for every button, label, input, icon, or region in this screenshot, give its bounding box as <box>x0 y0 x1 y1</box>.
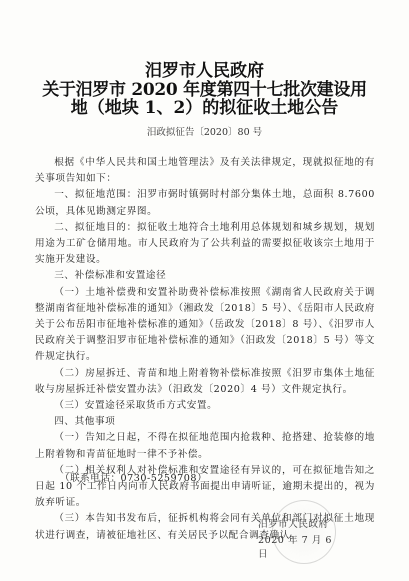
title-line-1: 汨罗市人民政府 <box>0 62 409 81</box>
notice-page: 汨罗市人民政府 关于汨罗市 2020 年度第四十七批次建设用 地（地块 1、2）… <box>0 0 409 581</box>
section-4-heading: 四、其他事项 <box>35 414 375 430</box>
section-2-purpose: 二、拟征地目的：拟征收土地符合土地利用总体规划和城乡规划，规划用途为工矿仓储用地… <box>35 220 375 269</box>
signature-date: 2020 年 7 月 6 日 <box>258 534 338 562</box>
intro-paragraph: 根据《中华人民共和国土地管理法》及有关法律规定，现就拟征地的有关事项告知如下： <box>35 155 375 187</box>
section-4-item-1: （一）告知之日起，不得在拟征地范围内抢栽种、抢搭建、抢装修的地上附着物和青苗征地… <box>35 430 375 462</box>
section-3-heading: 三、补偿标准和安置途径 <box>35 268 375 284</box>
section-4-item-2: （二）相关权利人对补偿标准和安置途径有异议的，可在拟征地告知之日起 10 个工作… <box>35 463 375 512</box>
document-number: 汨政拟征告〔2020〕80 号 <box>0 127 409 139</box>
section-1-scope: 一、拟征地范围：汨罗市弼时镇弼时村部分集体土地，总面积 8.7600 公顷，具体… <box>35 187 375 219</box>
section-3-item-2: （二）房屋拆迁、青苗和地上附着物补偿标准按照《汨罗市集体土地征收与房屋拆迁补偿安… <box>35 366 375 398</box>
section-3-item-3: （三）安置途径采取货币方式安置。 <box>35 398 375 414</box>
signature-issuer: 汨罗市人民政府 <box>258 518 338 532</box>
contact-phone: （联系电话：0730-5259708） <box>60 472 207 486</box>
title-line-3: 地（地块 1、2）的拟征收土地公告 <box>0 99 409 118</box>
section-3-item-1: （一）土地补偿费和安置补助费补偿标准按照《湖南省人民政府关于调整湖南省征地补偿标… <box>35 285 375 366</box>
